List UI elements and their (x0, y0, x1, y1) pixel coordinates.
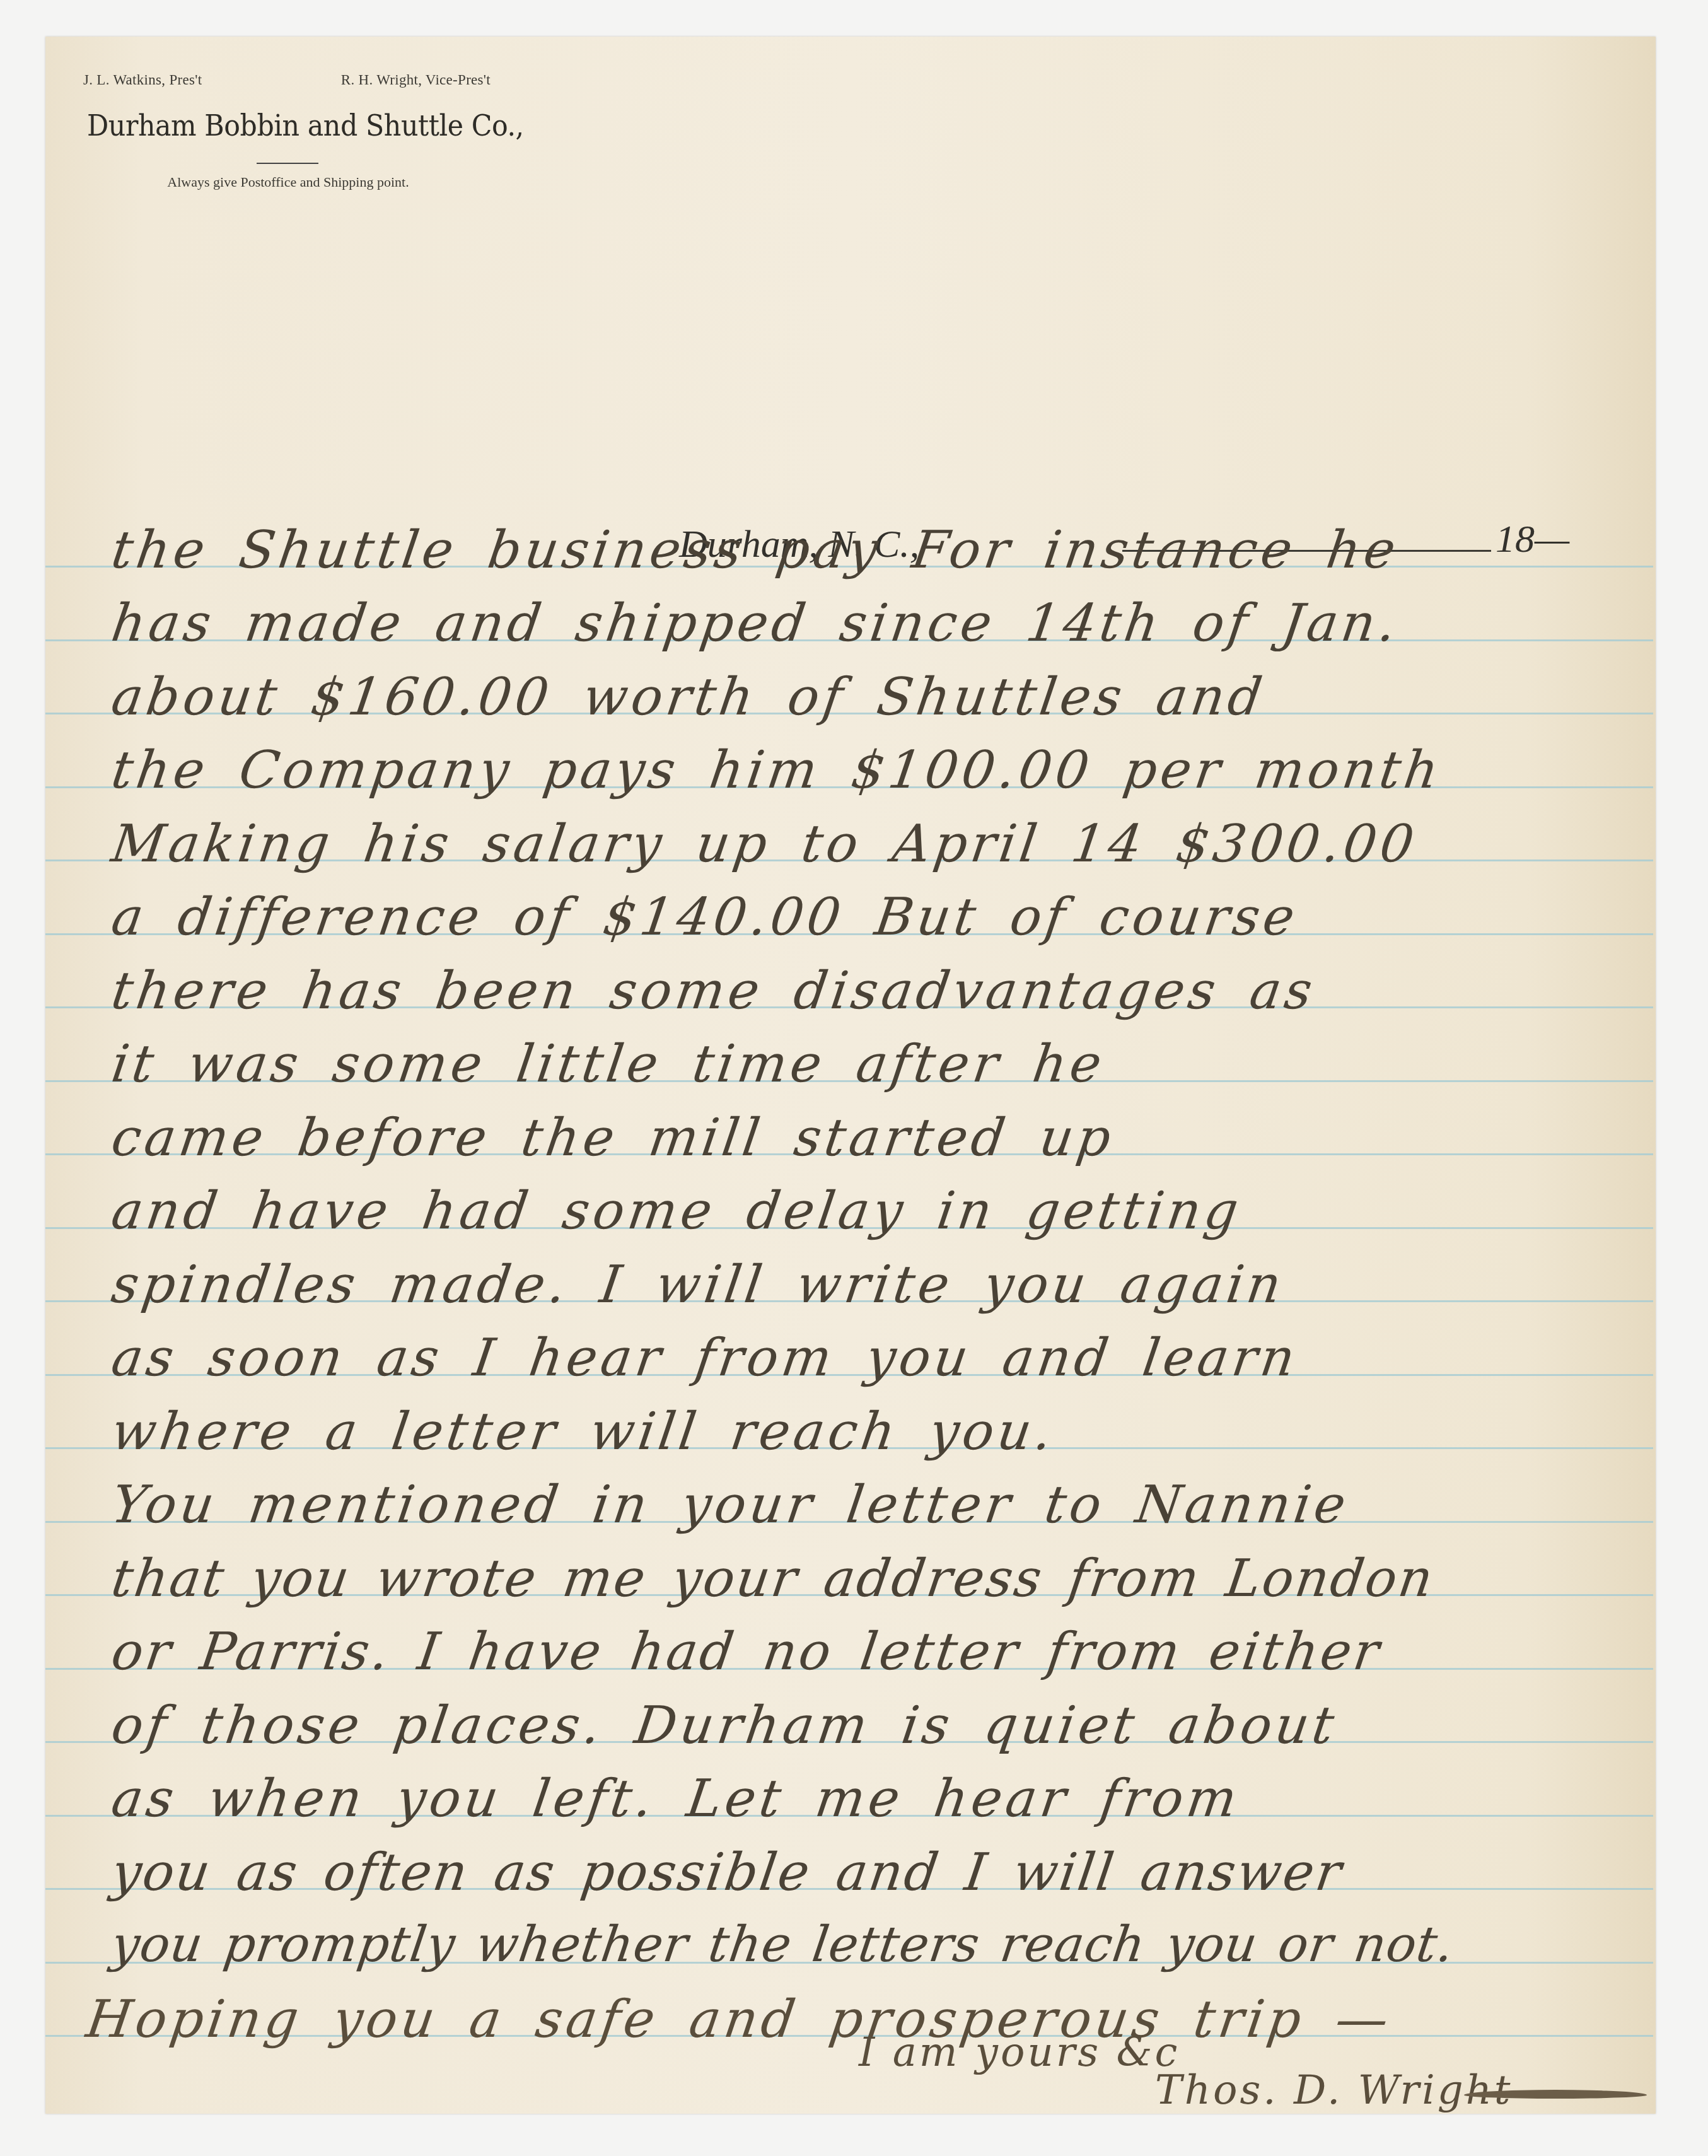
vice-president-name: R. H. Wright, Vice-Pres't (341, 72, 491, 88)
handwritten-line: the Company pays him $100.00 per month (108, 745, 1445, 796)
handwritten-line: Hoping you a safe and prosperous trip — (83, 1994, 1395, 2046)
closing: I am yours &c (859, 2029, 1180, 2076)
handwritten-line: the Shuttle business pay For instance he (108, 525, 1402, 576)
handwritten-line: has made and shipped since 14th of Jan. (108, 598, 1403, 650)
signature-flourish (1464, 2090, 1647, 2099)
letter-page: J. L. Watkins, Pres't R. H. Wright, Vice… (45, 37, 1656, 2114)
company-name: Durham Bobbin and Shuttle Co., (87, 108, 462, 143)
handwritten-line: came before the mill started up (108, 1112, 1118, 1164)
handwritten-line: you promptly whether the letters reach y… (108, 1920, 1457, 1969)
handwritten-line: you as often as possible and I will answ… (108, 1847, 1346, 1899)
handwritten-line: as when you left. Let me hear from (108, 1773, 1243, 1825)
president-name: J. L. Watkins, Pres't (83, 72, 202, 88)
letterhead-divider (257, 163, 318, 164)
dateline-year: 18— (1496, 517, 1569, 562)
handwritten-line: spindles made. I will write you again (108, 1259, 1288, 1311)
handwritten-line: or Parris. I have had no letter from eit… (108, 1626, 1385, 1678)
handwritten-line: as soon as I hear from you and learn (108, 1332, 1301, 1384)
handwritten-line: You mentioned in your letter to Nannie (108, 1479, 1352, 1531)
handwritten-line: about $160.00 worth of Shuttles and (108, 672, 1269, 723)
handwritten-line: that you wrote me your address from Lond… (108, 1553, 1438, 1605)
handwritten-line: there has been some disadvantages as (108, 965, 1319, 1017)
letterhead-officers: J. L. Watkins, Pres't R. H. Wright, Vice… (83, 72, 491, 88)
handwritten-line: Making his salary up to April 14 $300.00 (108, 819, 1420, 870)
letterhead-tagline: Always give Postoffice and Shipping poin… (127, 174, 449, 190)
handwritten-line: it was some little time after he (108, 1039, 1108, 1090)
signature: Thos. D. Wright (1155, 2067, 1513, 2114)
handwritten-line: and have had some delay in getting (108, 1186, 1245, 1237)
handwritten-line: of those places. Durham is quiet about (108, 1700, 1341, 1752)
handwritten-line: a difference of $140.00 But of course (108, 892, 1301, 943)
handwritten-line: where a letter will reach you. (108, 1406, 1059, 1458)
